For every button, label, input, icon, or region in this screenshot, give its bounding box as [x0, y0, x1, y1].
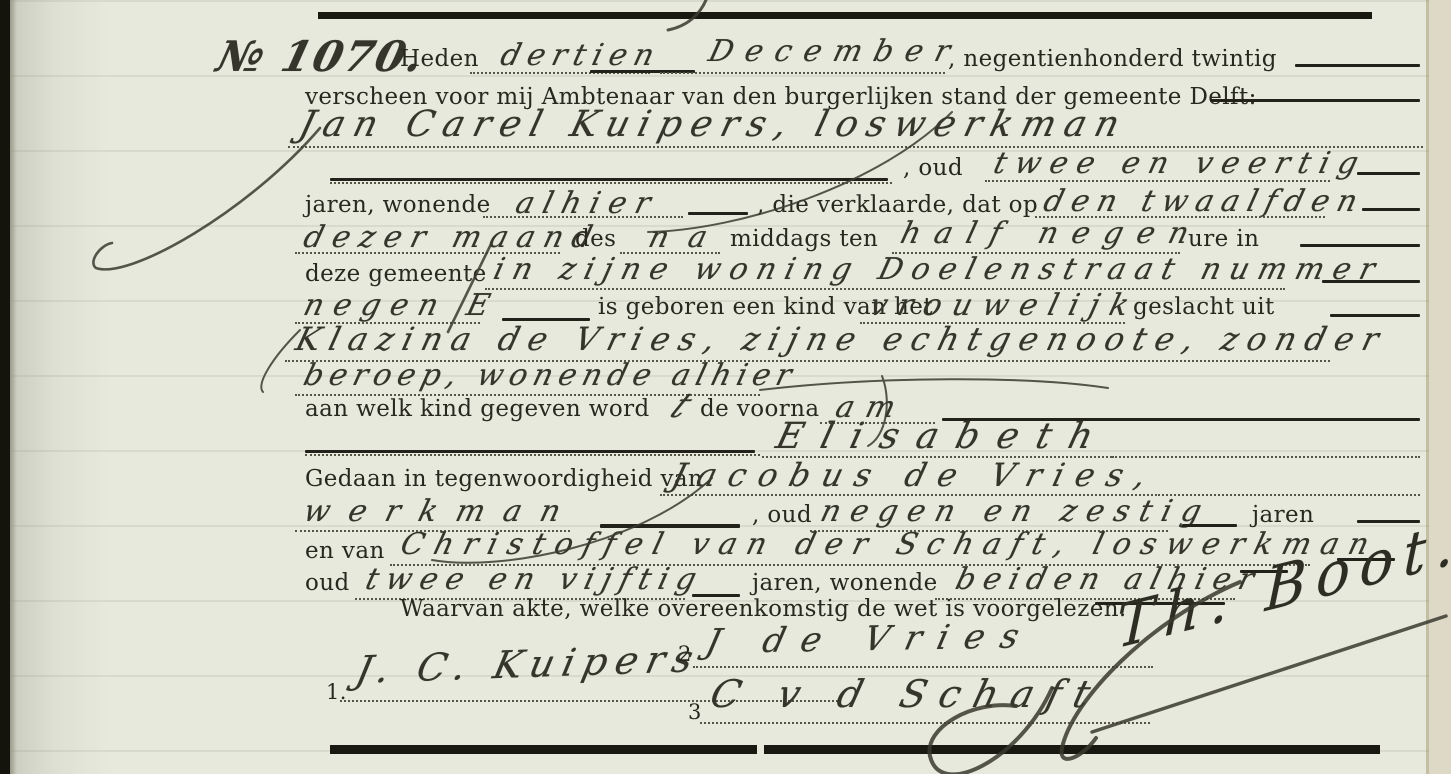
rule-dash: [1210, 99, 1420, 102]
hw-na: na: [645, 220, 731, 255]
printed-witness-intro: Gedaan in tegenwoordigheid van: [305, 466, 703, 492]
printed-geslacht-uit: geslacht uit: [1133, 294, 1275, 320]
rule-dash: [1362, 208, 1420, 211]
dotted-line: [660, 72, 945, 74]
printed-year: , negentienhonderd twintig: [948, 46, 1277, 72]
rule-dash: [305, 450, 755, 453]
hw-witness1-name: Jacobus de Vries,: [668, 456, 1162, 494]
rule-dash: [1300, 244, 1420, 247]
binding-gutter: [0, 0, 10, 774]
printed-jaren-wonende-2: jaren, wonende: [752, 570, 938, 596]
hw-witness2-name: Christoffel van der Schaft, loswerkman: [397, 527, 1383, 562]
dotted-line: [985, 180, 1330, 182]
printed-verklaarde: , die verklaarde, dat op: [757, 192, 1038, 218]
signature-index-3: 3: [688, 700, 702, 724]
rule-dash: [1295, 64, 1420, 67]
signature-index-2: 2: [678, 642, 692, 666]
printed-middags-ten: middags ten: [730, 226, 878, 252]
act-number: № 1070.: [212, 32, 430, 81]
hw-day: dertien: [497, 38, 665, 73]
printed-oud: , oud: [903, 155, 963, 181]
hw-witness1-age: negen en zestig: [817, 494, 1215, 529]
hw-birth-place: in zijne woning Doelenstraat nummer: [490, 252, 1388, 287]
printed-jaren-wonende: jaren, wonende: [305, 192, 491, 218]
top-rule-bar: [318, 12, 1372, 19]
printed-voornaam-a: aan welk kind gegeven word: [305, 396, 650, 422]
rule-dash: [330, 178, 888, 181]
printed-witness1-oud: , oud: [752, 502, 812, 528]
pen-stroke-declarant-paraph: [93, 128, 320, 269]
dotted-line: [693, 666, 1153, 668]
bottom-rule-gap: [757, 745, 764, 754]
rule-dash: [1330, 314, 1420, 317]
hw-dezer-maand: dezer maand: [300, 220, 605, 255]
hw-gender: vrouwelijk: [866, 288, 1144, 323]
printed-witness2-oud: oud: [305, 570, 350, 596]
hw-witness1-occupation: werkman: [300, 494, 583, 529]
hw-birth-time: half negen: [897, 216, 1207, 251]
hw-declarant-age: twee en veertig: [990, 146, 1371, 181]
hw-declarant-name: Jan Carel Kuipers, loswerkman: [295, 104, 1133, 145]
printed-heden: Heden: [400, 46, 479, 72]
signature-declarant: J. C. Kuipers: [352, 636, 705, 692]
signature-witness-2: C v d Schaft: [706, 672, 1108, 716]
hw-witness2-age: twee en vijftig: [362, 562, 708, 597]
dotted-line: [483, 216, 683, 218]
printed-des: des: [575, 226, 616, 252]
signature-witness-1: J de Vries: [702, 616, 1039, 662]
rule-dash: [1322, 280, 1420, 283]
dotted-line: [330, 182, 892, 184]
hw-mother-name: Klazina de Vries, zijne echtgenoote, zon…: [292, 320, 1392, 358]
hw-child-name: Elisabeth: [772, 416, 1115, 457]
pen-stroke-alhier-tail: [760, 379, 1108, 390]
binding-shadow: [10, 0, 17, 774]
rule-dash: [1357, 172, 1420, 175]
printed-deze-gemeente: deze gemeente: [305, 261, 487, 287]
hw-mother-detail: beroep, wonende alhier: [300, 358, 801, 393]
hw-house-number: negen E: [300, 288, 504, 323]
hw-month: December: [705, 34, 966, 69]
rule-dash: [688, 212, 748, 215]
scanned-birth-record: № 1070. Heden dertien December , negenti…: [0, 0, 1451, 774]
printed-ure-in: ure in: [1188, 226, 1259, 252]
dotted-line: [700, 722, 1150, 724]
page-edge-strip: [1429, 0, 1451, 774]
printed-witness1-jaren: jaren: [1252, 502, 1314, 528]
printed-en-van: en van: [305, 538, 385, 564]
hw-birth-day: den twaalfden: [1040, 184, 1369, 219]
bottom-rule-bar: [330, 745, 1380, 754]
